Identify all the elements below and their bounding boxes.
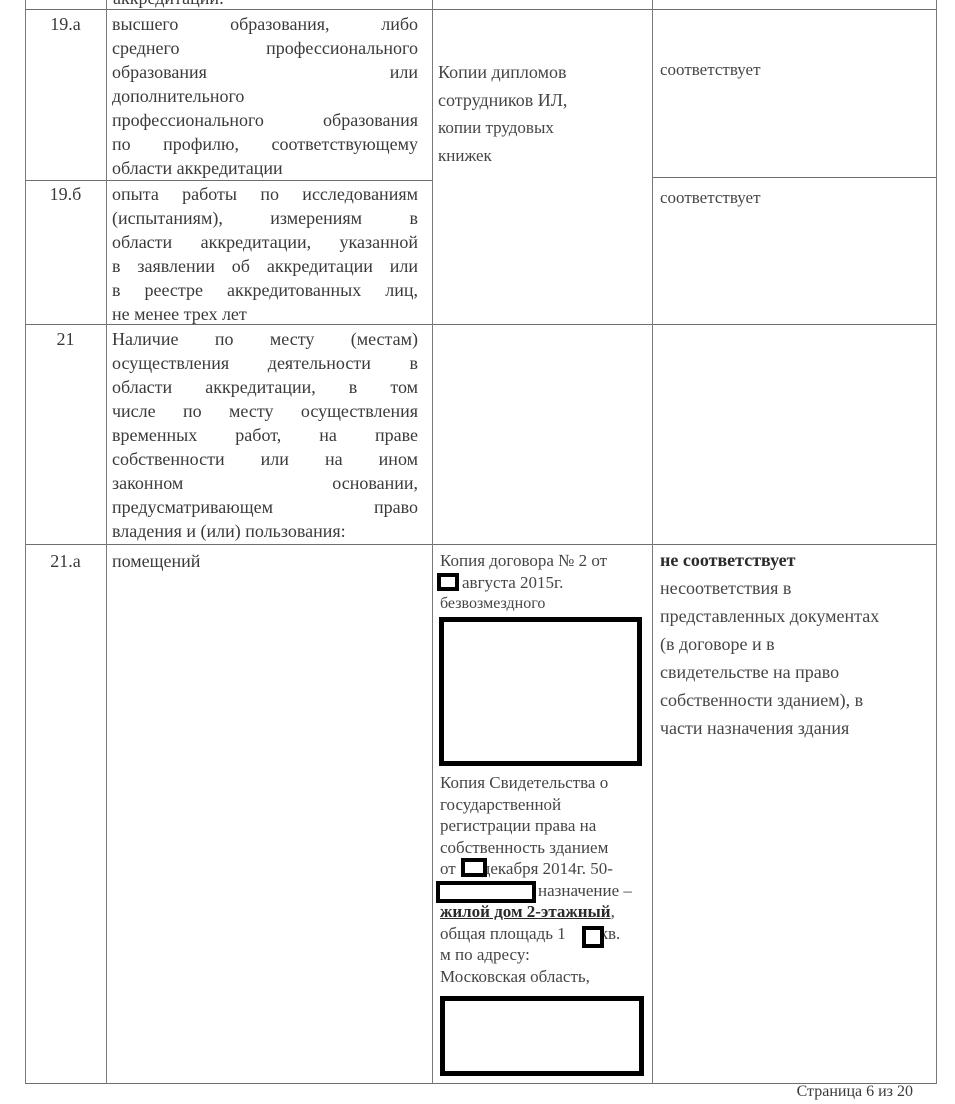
- doc-line: копии трудовых: [438, 114, 643, 142]
- req-line: временных работ, на праве: [112, 423, 418, 447]
- req-line: осуществления деятельности в: [112, 351, 418, 375]
- req-line: собственности или на ином: [112, 447, 418, 471]
- cert-line: государственной: [440, 794, 650, 816]
- doc-line: Копии дипломов: [438, 58, 643, 86]
- redaction-address: [440, 996, 644, 1076]
- req-line: не менее трех лет: [112, 302, 418, 326]
- req-line: предусматривающем право: [112, 495, 418, 519]
- cert-line: Московская область,: [440, 966, 650, 988]
- cut-off-text: аккредитации:: [113, 0, 419, 10]
- documents-21a: Копия договора № 2 от августа 2015г. без…: [440, 550, 645, 615]
- table-border-left: [25, 0, 26, 1084]
- req-line: высшего образования, либо: [112, 12, 418, 36]
- contract-line: Копия договора № 2 от: [440, 550, 645, 572]
- cert-line: собственность зданием: [440, 837, 650, 859]
- requirement-19a: высшего образования, либо среднего профе…: [112, 12, 418, 180]
- cert-line: жилой дом 2-этажный,: [440, 901, 650, 923]
- conclusion-21a: не соответствует несоответствия в предст…: [660, 546, 932, 742]
- redaction-contract-day: [437, 573, 459, 591]
- req-line: опыта работы по исследованиям: [112, 182, 418, 206]
- req-line: по профилю, соответствующему: [112, 132, 418, 156]
- req-line: владения и (или) пользования:: [112, 519, 418, 543]
- building-purpose: жилой дом 2-этажный: [440, 902, 611, 921]
- req-line: образования или: [112, 60, 418, 84]
- conclusion-line: представленных документах: [660, 602, 932, 630]
- cert-date-prefix: от: [440, 859, 456, 878]
- contract-line: безвозмездного: [440, 593, 645, 615]
- conclusion-line: собственности зданием), в: [660, 686, 932, 714]
- req-line: числе по месту осуществления: [112, 399, 418, 423]
- conclusion-19b: соответствует: [660, 184, 930, 212]
- area-prefix: общая площадь 1: [440, 924, 566, 943]
- redaction-cert-day: [461, 858, 487, 877]
- cert-line: регистрации права на: [440, 815, 650, 837]
- conclusion-line: (в договоре и в: [660, 630, 932, 658]
- requirement-21: Наличие по месту (местам) осуществления …: [112, 327, 418, 543]
- requirement-21a: помещений: [112, 549, 418, 573]
- row-number-19b: 19.б: [25, 182, 106, 206]
- req-line: области аккредитации: [112, 156, 418, 180]
- table-border-right: [936, 0, 937, 1084]
- redaction-contract-details: [439, 617, 642, 766]
- column-divider-3: [652, 0, 653, 1084]
- req-line: профессионального образования: [112, 108, 418, 132]
- row-number-21a: 21.а: [25, 549, 106, 573]
- cert-line: м по адресу:: [440, 944, 650, 966]
- doc-line: книжек: [438, 142, 643, 170]
- documents-19: Копии дипломов сотрудников ИЛ, копии тру…: [438, 58, 643, 170]
- conclusion-status: не соответствует: [660, 546, 932, 574]
- req-line: области аккредитации, указанной: [112, 230, 418, 254]
- column-divider-2: [432, 0, 433, 1084]
- row-number-19a: 19.а: [25, 12, 106, 36]
- req-line: дополнительного: [112, 84, 418, 108]
- row-divider-21a: [25, 544, 936, 545]
- conclusion-19a: соответствует: [660, 56, 930, 84]
- document-page: аккредитации: 19.а высшего образования, …: [0, 0, 955, 1104]
- comma: ,: [611, 902, 615, 921]
- redaction-cert-number: [436, 881, 536, 903]
- req-line: в заявлении об аккредитации или: [112, 254, 418, 278]
- row-divider-19b: [25, 180, 432, 181]
- req-line: в реестре аккредитованных лиц,: [112, 278, 418, 302]
- certificate-21a: Копия Свидетельства о государственной ре…: [440, 772, 650, 987]
- conclusion-line: части назначения здания: [660, 714, 932, 742]
- redaction-area-digits: [582, 926, 604, 948]
- page-number: Страница 6 из 20: [797, 1083, 913, 1101]
- cert-date-suffix: декабря 2014г. 50-: [482, 859, 613, 878]
- column-divider-1: [106, 0, 107, 1084]
- req-line: законном основании,: [112, 471, 418, 495]
- req-line: области аккредитации, в том: [112, 375, 418, 399]
- cert-line: Копия Свидетельства о: [440, 772, 650, 794]
- req-line: Наличие по месту (местам): [112, 327, 418, 351]
- contract-line: августа 2015г.: [440, 572, 645, 594]
- cert-line: общая площадь 1,6 кв.: [440, 923, 650, 945]
- row-divider-19b-conclusion: [652, 177, 936, 178]
- row-number-21: 21: [25, 327, 106, 351]
- req-line: среднего профессионального: [112, 36, 418, 60]
- requirement-19b: опыта работы по исследованиям (испытания…: [112, 182, 418, 326]
- req-line: (испытаниям), измерениям в: [112, 206, 418, 230]
- conclusion-line: несоответствия в: [660, 574, 932, 602]
- doc-line: сотрудников ИЛ,: [438, 86, 643, 114]
- conclusion-line: свидетельстве на право: [660, 658, 932, 686]
